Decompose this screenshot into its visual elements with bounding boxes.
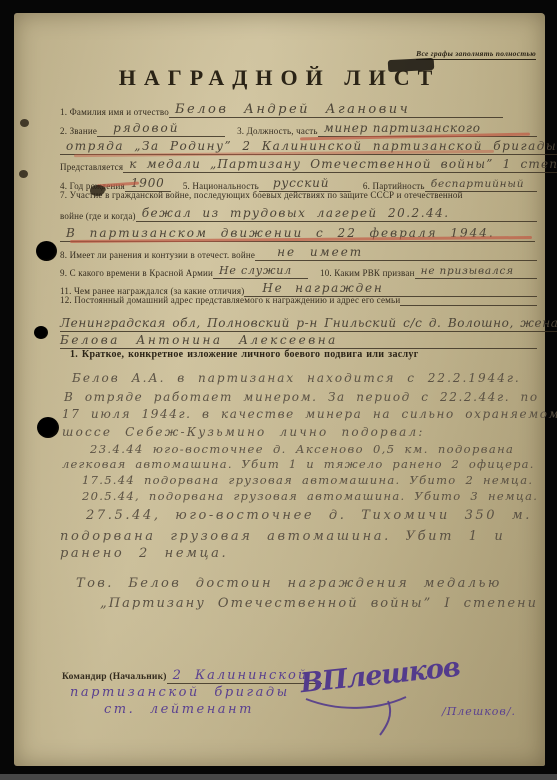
field-address-row3: Белова Антонина Алексеевна [60, 330, 537, 349]
ink-blot [20, 119, 29, 127]
scanned-award-document: { "colors": { "paper": "#c7ba93", "ink_t… [0, 0, 557, 780]
field-rank-value: рядовой [97, 122, 179, 134]
field-address-line2: Белова Антонина Алексеевна [60, 330, 537, 349]
conclusion-line1: Тов. Белов достоин награждения медалью [76, 576, 502, 591]
punch-hole [37, 417, 59, 438]
field-address-label: 12. Постоянный домашний адрес представля… [60, 295, 400, 306]
field-address-row: 12. Постоянный домашний адрес представля… [60, 295, 537, 306]
field-war-participation-line: бежал из трудовых лагерей 20.2.44. [136, 203, 537, 222]
field-address-value1: Ленинградская обл, Полновский р-н Гнильс… [60, 317, 557, 329]
feat-line: подорвана грузовая автомашина. Убит 1 и [60, 529, 505, 544]
commander-rank: ст. лейтенант [104, 702, 254, 717]
field-rvk-line: не призывался [415, 260, 537, 279]
field-address-value2: Белова Антонина Алексеевна [60, 334, 338, 346]
field-nationality-value: русский [259, 177, 329, 189]
document-paper: Все графы заполнять полностью НАГРАДНОЙ … [14, 13, 545, 766]
signature-flourish [302, 689, 422, 739]
punch-hole [36, 241, 57, 261]
conclusion-line2: „Партизану Отечественной войны” I степен… [100, 596, 538, 611]
field-wounds-value: не имеет [255, 246, 363, 258]
commander-unit1: 2 Калининской [167, 669, 309, 682]
field-rvk-value: не призывался [415, 266, 514, 277]
feat-line: 20.5.44, подорвана грузовая автомашина. … [82, 489, 538, 503]
field-name-line: Белов Андрей Аганович [169, 99, 503, 118]
commander-unit2: партизанской бригады [70, 685, 290, 700]
fill-all-fields-note: Все графы заполнять полностью [416, 49, 536, 60]
field-army-rvk-row: 9. С какого времени в Красной Армии Не с… [60, 260, 537, 279]
field-war-participation-label1: 7. Участие в гражданской войне, последую… [60, 190, 463, 201]
feat-line: 23.4.44 юго-восточнее д. Аксеново 0,5 км… [90, 442, 514, 456]
commander-label: Командир (Начальник) [62, 672, 167, 684]
field-war-participation-row1: 7. Участие в гражданской войне, последую… [60, 190, 537, 201]
field-presented-line: к медали „Партизану Отечественной войны”… [123, 154, 557, 173]
field-war-participation-value: бежал из трудовых лагерей 20.2.44. [136, 207, 450, 219]
scan-edge-strip [0, 774, 557, 780]
feat-line: 27.5.44, юго-восточнее д. Тихомичи 350 м… [86, 508, 532, 523]
field-wounds-row: 8. Имеет ли ранения и контузии в отечест… [60, 242, 537, 261]
feat-line: В отряде работает минером. За период с 2… [64, 390, 539, 404]
field-presented-row: Представляется к медали „Партизану Отече… [60, 154, 537, 173]
field-name-label: 1. Фамилия имя и отчество [60, 107, 169, 118]
field-wounds-line: не имеет [255, 242, 537, 261]
field-name-value: Белов Андрей Аганович [169, 103, 410, 116]
feat-line: ранено 2 немца. [60, 546, 228, 561]
feat-line: легковая автомашина. Убит 1 и тяжело ран… [62, 457, 535, 471]
field-previous-awards-value: Не награжден [244, 282, 383, 294]
commander-countersign: /Плешков/. [442, 705, 516, 718]
field-presented-value: к медали „Партизану Отечественной войны”… [123, 158, 557, 170]
feat-line: Белов А.А. в партизанах находится с 22.2… [72, 371, 521, 385]
field-rank-line: рядовой [97, 118, 225, 137]
field-address-line0 [400, 301, 537, 306]
field-position-value: минер партизанского [318, 122, 481, 134]
field-army-since-line: Не служил [213, 260, 308, 279]
feat-line: шоссе Себеж-Кузьмино лично подорвал: [62, 425, 425, 439]
commander-row: Командир (Начальник) 2 Калининской [62, 665, 322, 684]
field-war-participation-label2: войне (где и когда) [60, 211, 136, 222]
field-war-participation-row2: войне (где и когда) бежал из трудовых ла… [60, 203, 537, 222]
field-presented-label: Представляется [60, 162, 123, 173]
feat-line: 17.5.44 подорвана грузовая автомашина. У… [82, 473, 533, 487]
ink-blot [19, 170, 28, 178]
field-party-value: беспартийный [425, 179, 525, 190]
document-title: НАГРАДНОЙ ЛИСТ [14, 65, 545, 91]
field-name-row: 1. Фамилия имя и отчество Белов Андрей А… [60, 99, 503, 118]
feat-section-heading: 1. Краткое, конкретное изложение личного… [70, 349, 419, 360]
field-army-since-value: Не служил [213, 265, 292, 276]
punch-hole [34, 326, 48, 339]
feat-line: 17 июля 1944г. в качестве минера на силь… [62, 407, 557, 421]
